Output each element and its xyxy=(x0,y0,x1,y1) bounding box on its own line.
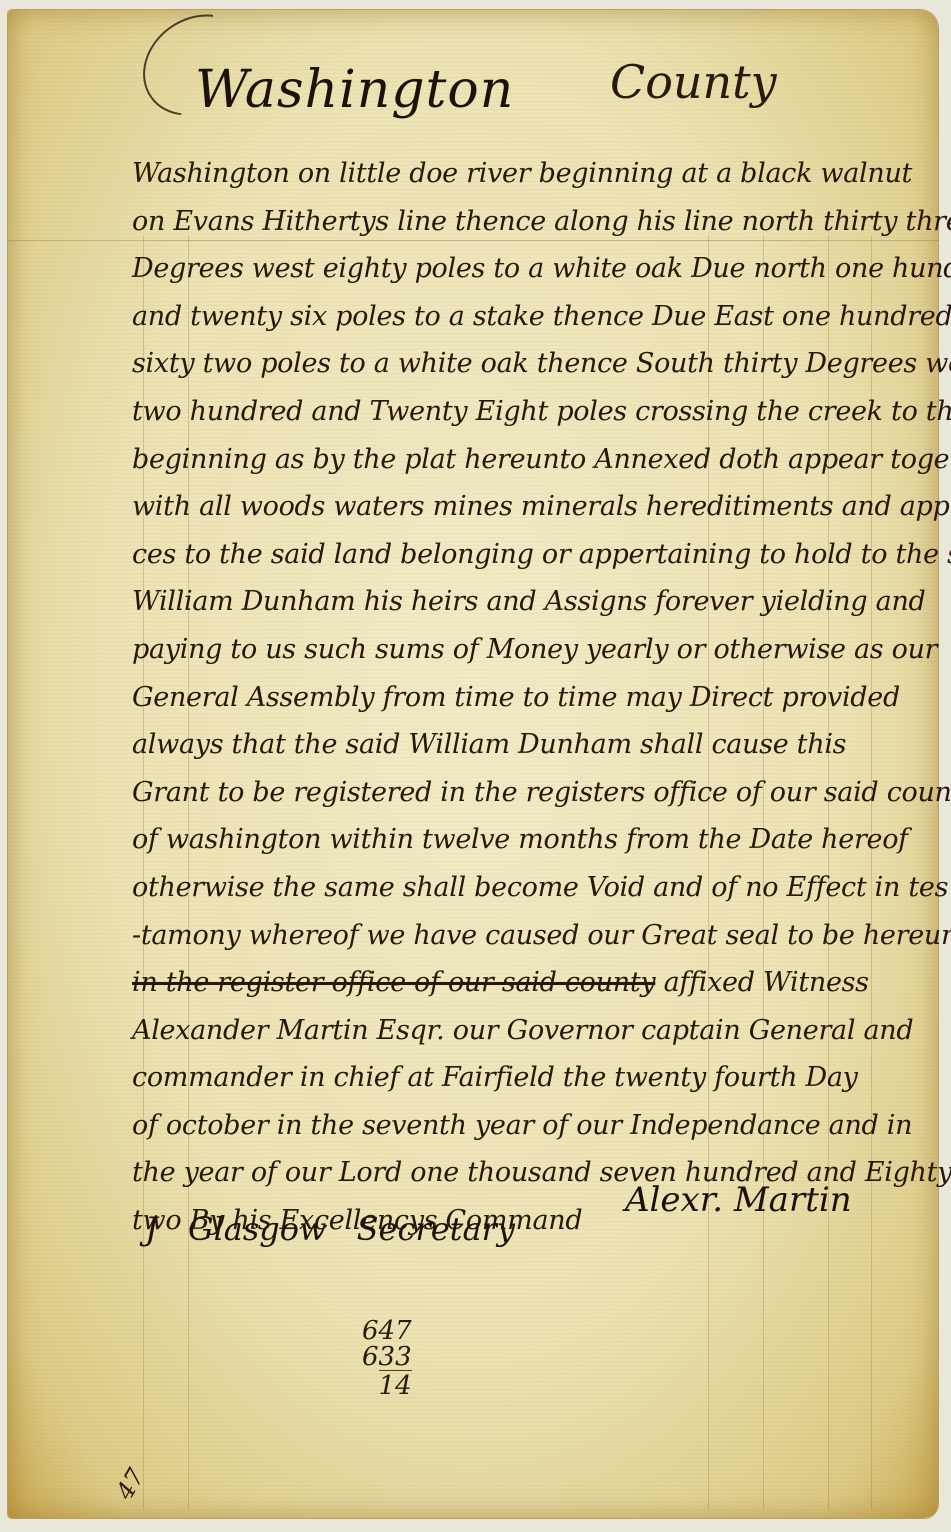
tally-calculation: 647 633 14 xyxy=(362,1318,412,1399)
text-line: ces to the said land belonging or appert… xyxy=(132,531,932,579)
struck-text-line: in the register office of our said count… xyxy=(132,959,932,1007)
kept-text: affixed Witness xyxy=(655,967,868,998)
text-line: beginning as by the plat hereunto Annexe… xyxy=(132,436,932,484)
page-subtitle: County xyxy=(610,55,777,109)
secretary-title: Secretary xyxy=(357,1210,515,1248)
grant-text: Washington on little doe river beginning… xyxy=(132,150,932,1245)
text-line: on Evans Hithertys line thence along his… xyxy=(132,198,932,246)
secretary-name: J Glasgow xyxy=(145,1210,326,1248)
governor-signature: Alexr. Martin xyxy=(625,1180,852,1220)
text-line: Alexander Martin Esqr. our Governor capt… xyxy=(132,1007,932,1055)
tally-line-2: 633 xyxy=(362,1344,412,1370)
text-line: William Dunham his heirs and Assigns for… xyxy=(132,578,932,626)
text-line: Washington on little doe river beginning… xyxy=(132,150,932,198)
struck-through-text: in the register office of our said count… xyxy=(132,967,655,998)
text-line: commander in chief at Fairfield the twen… xyxy=(132,1054,932,1102)
text-line: two hundred and Twenty Eight poles cross… xyxy=(132,388,932,436)
text-line: paying to us such sums of Money yearly o… xyxy=(132,626,932,674)
text-line: -tamony whereof we have caused our Great… xyxy=(132,912,932,960)
text-line: Degrees west eighty poles to a white oak… xyxy=(132,245,932,293)
text-line: General Assembly from time to time may D… xyxy=(132,674,932,722)
text-line: sixty two poles to a white oak thence So… xyxy=(132,340,932,388)
text-line: otherwise the same shall become Void and… xyxy=(132,864,932,912)
text-line: always that the said William Dunham shal… xyxy=(132,721,932,769)
text-line: and twenty six poles to a stake thence D… xyxy=(132,293,932,341)
tally-result: 14 xyxy=(379,1370,412,1399)
secretary-signature: J Glasgow Secretary xyxy=(145,1210,515,1248)
text-line: of washington within twelve months from … xyxy=(132,816,932,864)
text-line: of october in the seventh year of our In… xyxy=(132,1102,932,1150)
text-line: Grant to be registered in the registers … xyxy=(132,769,932,817)
text-line: with all woods waters mines minerals her… xyxy=(132,483,932,531)
tally-line-1: 647 xyxy=(362,1318,412,1344)
page-title: Washington xyxy=(195,60,514,120)
